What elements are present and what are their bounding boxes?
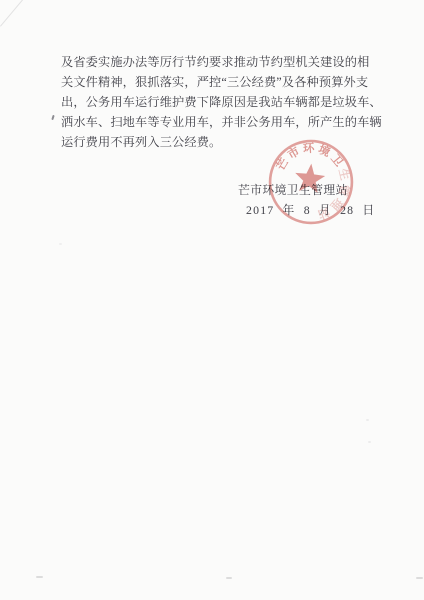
scan-speck [36,576,43,578]
document-body: 及省委实施办法等厉行节约要求推动节约型机关建设的相 关文件精神，狠抓落实，严控“… [61,52,383,152]
scan-speck [416,577,423,579]
svg-text:环: 环 [302,141,315,156]
scan-speck [368,441,371,443]
scan-speck [366,419,369,421]
scan-speck [226,577,232,579]
document-page: 及省委实施办法等厉行节约要求推动节约型机关建设的相 关文件精神，狠抓落实，严控“… [0,0,424,600]
body-line-3: 出，公务用车运行维护费下降原因是我站车辆都是垃圾车、 [61,92,383,112]
seal-star-icon [293,162,326,194]
body-line-2: 关文件精神，狠抓落实，严控“三公经费”及各种预算外支 [61,72,383,92]
body-line-1: 及省委实施办法等厉行节约要求推动节约型机关建设的相 [61,52,383,72]
svg-text:市: 市 [285,144,302,162]
scan-speck [59,243,62,245]
stray-ink-mark [51,115,54,120]
official-seal: 芒市环境卫生管理站 [267,138,355,226]
body-line-4: 洒水车、扫地车等专业用车，并非公务用车，所产生的车辆 [61,112,383,132]
seal-graphic: 芒市环境卫生管理站 [267,138,355,226]
page-edge-artifact [0,0,24,27]
